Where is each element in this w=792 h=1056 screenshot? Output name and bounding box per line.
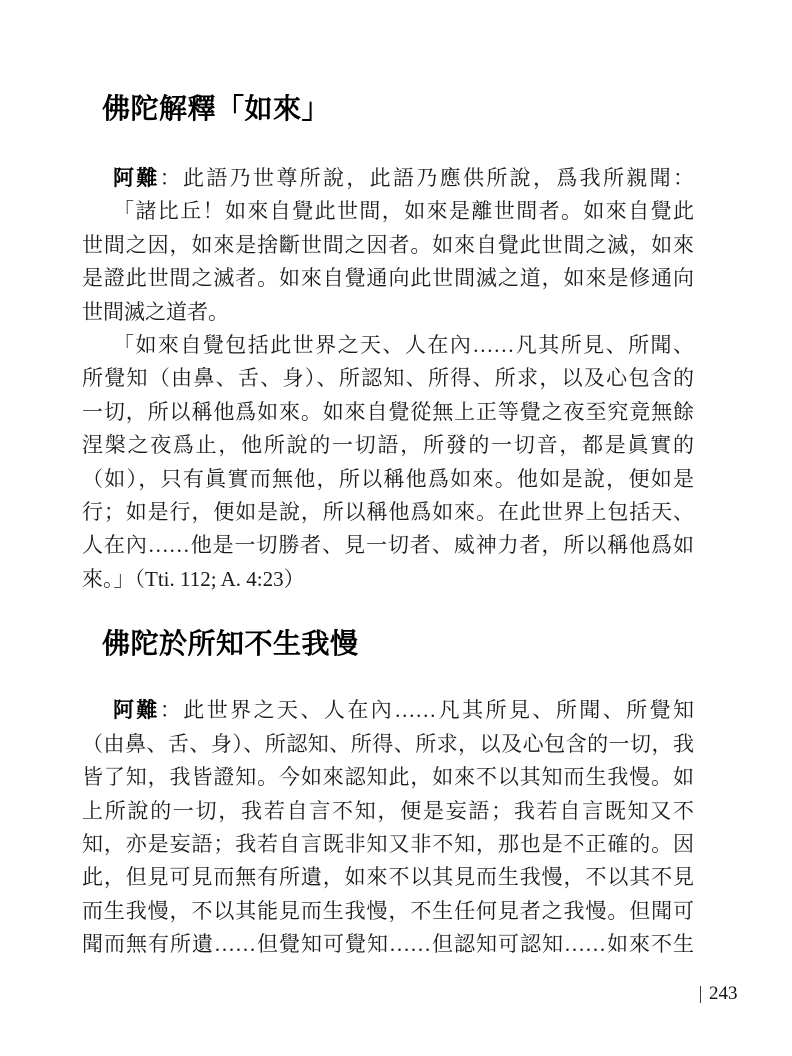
text-line: 是證此世間之滅者。如來自覺通向此世間滅之道，如來是修通向 (82, 262, 694, 295)
text-line: 上所說的一切，我若自言不知，便是妄語；我若自言既知又不 (82, 795, 694, 828)
text-line: 「諸比丘！如來自覺此世間，如來是離世間者。如來自覺此 (82, 195, 694, 228)
text-line: 一切，所以稱他爲如來。如來自覺從無上正等覺之夜至究竟無餘 (82, 396, 694, 429)
text-line: 皆了知，我皆證知。今如來認知此，如來不以其知而生我慢。如 (82, 761, 694, 794)
text-run: ：此世界之天、人在內……凡其所見、所聞、所覺知 (160, 698, 694, 722)
page-number: 243 (709, 984, 738, 1004)
text-line: 行；如是行，便如是說，所以稱他爲如來。在此世界上包括天、 (82, 496, 694, 529)
paragraph: 「如來自覺包括此世界之天、人在內……凡其所見、所聞、 所覺知（由鼻、舌、身）、所… (82, 329, 694, 596)
footer-divider-rule (700, 986, 701, 1003)
text-line: 知，亦是妄語；我若自言既非知又非不知，那也是不正確的。因 (82, 828, 694, 861)
text-line: （由鼻、舌、身）、所認知、所得、所求，以及心包含的一切，我 (82, 728, 694, 761)
text-line: 世間滅之道者。 (82, 296, 694, 329)
section-heading-buddha-explains-tathagata: 佛陀解釋「如來」 (102, 95, 694, 124)
text-line: 阿難：此語乃世尊所說，此語乃應供所說，爲我所親聞： (82, 162, 694, 195)
speaker-name: 阿難 (113, 166, 160, 190)
text-line: 「如來自覺包括此世界之天、人在內……凡其所見、所聞、 (82, 329, 694, 362)
text-line: 阿難：此世界之天、人在內……凡其所見、所聞、所覺知 (82, 694, 694, 727)
text-line: 聞而無有所遺……但覺知可覺知……但認知可認知……如來不生 (82, 928, 694, 961)
page-footer: 243 (700, 984, 738, 1004)
paragraph: 阿難：此世界之天、人在內……凡其所見、所聞、所覺知 （由鼻、舌、身）、所認知、所… (82, 694, 694, 961)
text-line-citation: 來。」（Tti. 112; A. 4:23） (82, 563, 694, 596)
text-line: 而生我慢，不以其能見而生我慢，不生任何見者之我慢。但聞可 (82, 895, 694, 928)
text-column: 佛陀解釋「如來」 阿難：此語乃世尊所說，此語乃應供所說，爲我所親聞： 「諸比丘！… (82, 0, 694, 962)
paragraph: 阿難：此語乃世尊所說，此語乃應供所說，爲我所親聞： (82, 162, 694, 195)
paragraph: 「諸比丘！如來自覺此世間，如來是離世間者。如來自覺此 世間之因，如來是捨斷世間之… (82, 195, 694, 329)
text-line: （如），只有眞實而無他，所以稱他爲如來。他如是說，便如是 (82, 463, 694, 496)
text-line: 所覺知（由鼻、舌、身）、所認知、所得、所求，以及心包含的 (82, 362, 694, 395)
text-line: 人在內……他是一切勝者、見一切者、威神力者，所以稱他爲如 (82, 529, 694, 562)
book-page: 佛陀解釋「如來」 阿難：此語乃世尊所說，此語乃應供所說，爲我所親聞： 「諸比丘！… (0, 0, 792, 1056)
text-line: 世間之因，如來是捨斷世間之因者。如來自覺此世間之滅，如來 (82, 229, 694, 262)
section-heading-buddha-no-conceit: 佛陀於所知不生我慢 (102, 630, 694, 659)
text-line: 此，但見可見而無有所遺，如來不以其見而生我慢，不以其不見 (82, 861, 694, 894)
text-line: 涅槃之夜爲止，他所說的一切語，所發的一切音，都是眞實的 (82, 429, 694, 462)
speaker-name: 阿難 (113, 698, 160, 722)
text-run: ：此語乃世尊所說，此語乃應供所說，爲我所親聞： (160, 166, 694, 190)
